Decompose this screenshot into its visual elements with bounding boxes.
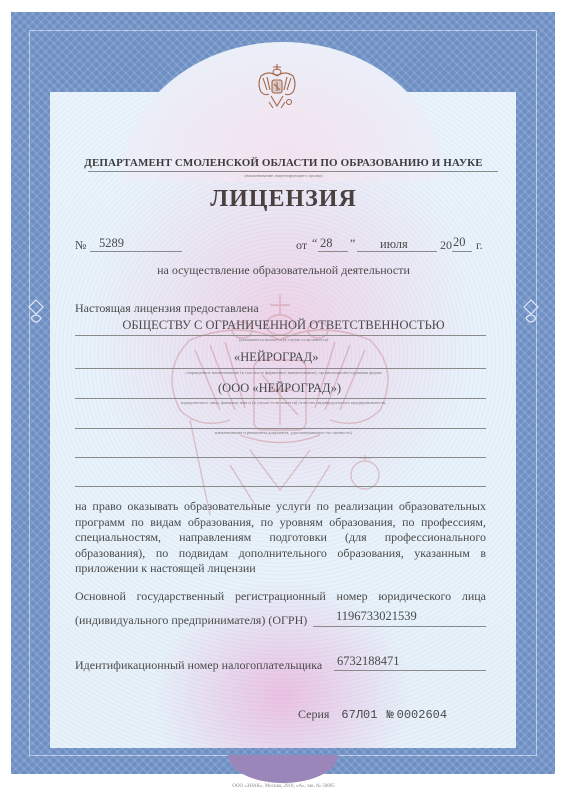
ogrn-label-line2: (индивидуального предпринимателя) (ОГРН) (75, 613, 307, 628)
month-underline (357, 251, 437, 252)
series-number: 0002604 (397, 708, 447, 722)
blank-rule-1 (75, 428, 486, 429)
blank-rule-3 (75, 486, 486, 487)
short-name-rule (75, 398, 486, 399)
inn-value: 6732188471 (337, 654, 400, 669)
number-label: № (75, 238, 86, 253)
licensee-full-name-caption: (указывается полное и (в случае если име… (0, 337, 567, 342)
day-underline (318, 251, 348, 252)
license-purpose: на осуществление образовательной деятель… (0, 263, 567, 278)
date-from-label: от (296, 238, 307, 253)
bottom-oval-ornament (228, 755, 338, 783)
date-open-quote: “ (312, 236, 317, 251)
form-series: Серия 67Л01 № 0002604 (298, 707, 447, 722)
inn-label: Идентификационный номер налогоплательщик… (75, 658, 322, 673)
document-title: ЛИЦЕНЗИЯ (0, 186, 567, 213)
date-year-suffix: 20 (453, 235, 466, 250)
licensee-short-name: (ООО «НЕЙРОГРАД») (218, 381, 341, 396)
ogrn-underline (313, 626, 486, 627)
coat-of-arms-icon (255, 60, 299, 112)
blank-rule-2 (75, 457, 486, 458)
ogrn-label-line1: Основной государственный регистрационный… (75, 589, 486, 604)
year-underline (452, 251, 472, 252)
series-code: 67Л01 (341, 708, 377, 722)
date-month: июля (380, 237, 408, 252)
number-underline (90, 251, 182, 252)
licensee-line1-rule (75, 335, 486, 336)
document-caption: наименование и реквизиты документа, удос… (0, 430, 567, 435)
ogrn-value: 1196733021539 (336, 609, 417, 624)
series-number-label: № (386, 708, 393, 722)
rights-text: на право оказывать образовательные услуг… (75, 499, 486, 577)
authority-caption: (наименование лицензирующего органа) (0, 173, 567, 178)
date-close-quote: ” (350, 236, 355, 251)
authority-underline (88, 171, 498, 172)
granted-label: Настоящая лицензия предоставлена (75, 301, 259, 316)
licensee-full-name-line1: ОБЩЕСТВУ С ОГРАНИЧЕННОЙ ОТВЕТСТВЕННОСТЬЮ (0, 318, 567, 333)
short-name-caption: сокращенное наименование (в том числе фи… (0, 370, 567, 375)
issuing-authority: ДЕПАРТАМЕНТ СМОЛЕНСКОЙ ОБЛАСТИ ПО ОБРАЗО… (0, 157, 567, 169)
date-day: 28 (320, 236, 333, 251)
licensee-full-name-line2: «НЕЙРОГРАД» (234, 350, 318, 365)
license-number: 5289 (99, 236, 124, 251)
date-year-prefix: 20 (440, 238, 452, 253)
series-label: Серия (298, 707, 329, 721)
printer-imprint: ООО «ЗНАК», Москва, 2018, «А», зак. № 50… (0, 784, 567, 789)
date-year-label: г. (476, 238, 483, 253)
inn-underline (334, 670, 486, 671)
entity-caption: юридического лица, фамилия, имя и (в слу… (0, 400, 567, 405)
licensee-line2-rule (75, 368, 486, 369)
